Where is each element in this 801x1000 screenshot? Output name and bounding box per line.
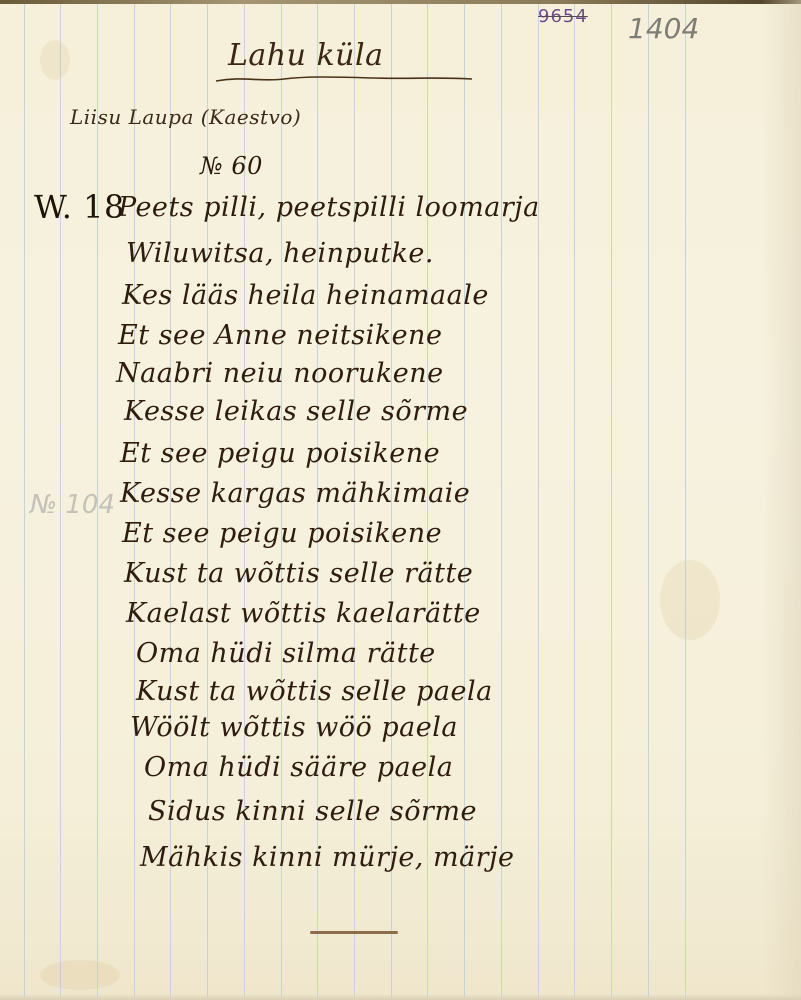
verse-line: Kesse kargas mähkimaie: [120, 478, 470, 509]
verse-line: Sidus kinni selle sõrme: [148, 796, 477, 827]
verse-line: Kesse leikas selle sõrme: [124, 396, 468, 427]
ruled-line: [611, 4, 612, 998]
ruled-line: [538, 4, 539, 998]
page-title: Lahu küla: [228, 38, 383, 73]
margin-reference: W. 18: [34, 188, 125, 226]
struck-stamp-number: 9654: [538, 6, 588, 27]
verse-line: Et see peigu poisikene: [120, 438, 440, 469]
verse-line: Oma hüdi sääre paela: [144, 752, 453, 783]
margin-pencil-note: № 104: [30, 490, 115, 520]
verse-line: Wiluwitsa, heinputke.: [126, 238, 434, 269]
verse-line: Oma hüdi silma rätte: [136, 638, 436, 669]
paper-stain: [40, 40, 70, 80]
ruled-line: [24, 4, 25, 998]
paper-stain: [660, 560, 720, 640]
paper-stain: [40, 960, 120, 990]
informant-name: Liisu Laupa (Kaestvo): [70, 105, 301, 129]
verse-line: Peets pilli, peetspilli loomarja: [118, 192, 540, 223]
page-right-shade: [761, 0, 801, 1000]
ruled-line: [574, 4, 575, 998]
manuscript-page: 9654 1404 Lahu küla Liisu Laupa (Kaestvo…: [0, 0, 801, 1000]
verse-line: Kust ta wõttis selle paela: [136, 676, 493, 707]
end-of-song-rule: [310, 931, 398, 934]
page-top-edge: [0, 0, 801, 4]
verse-line: Et see Anne neitsikene: [118, 320, 442, 351]
ruled-line: [685, 4, 686, 998]
verse-line: Mähkis kinni mürje, märje: [140, 842, 514, 873]
ruled-line: [648, 4, 649, 998]
archive-number: 1404: [628, 12, 699, 45]
verse-line: Kes lääs heila heinamaale: [122, 280, 489, 311]
title-underline: [214, 75, 474, 83]
verse-line: Kaelast wõttis kaelarätte: [126, 598, 481, 629]
verse-line: Naabri neiu noorukene: [116, 358, 444, 389]
verse-line: Kust ta wõttis selle rätte: [124, 558, 473, 589]
song-number: № 60: [200, 152, 263, 180]
verse-line: Et see peigu poisikene: [122, 518, 442, 549]
page-bottom-edge: [0, 994, 801, 1000]
verse-line: Wöölt wõttis wöö paela: [130, 712, 458, 743]
